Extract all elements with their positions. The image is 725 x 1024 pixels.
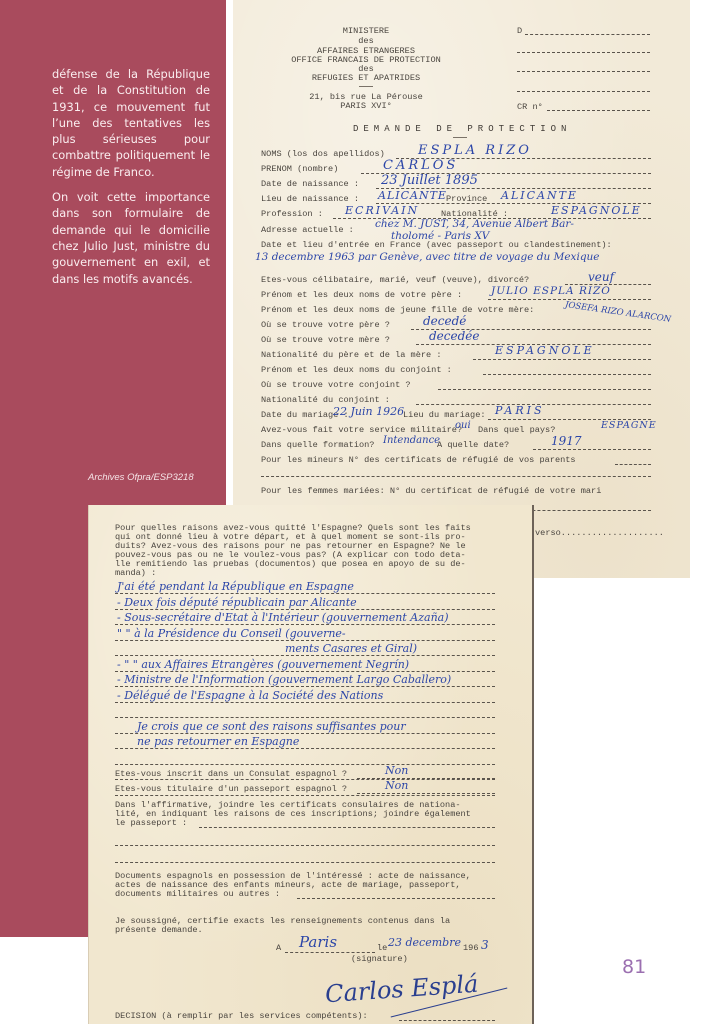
field-label: Pour les mineurs N° des certificats de r…	[261, 455, 576, 465]
answer-line	[115, 609, 495, 610]
field-label: Prénom et les deux noms de jeune fille d…	[261, 305, 534, 315]
field-value: JOSEFA RIZO ALARCON	[564, 300, 671, 325]
image-credit: Archives Ofpra/ESP3218	[88, 472, 218, 483]
ministry-line: des	[261, 36, 471, 46]
field-line	[115, 862, 495, 863]
field-label: Où se trouve votre père ?	[261, 320, 390, 330]
field-line	[115, 845, 495, 846]
page-number: 81	[622, 956, 646, 978]
answer-line	[115, 593, 495, 594]
certification-line: présente demande.	[115, 925, 203, 935]
sidebar-text: défense de la République et de la Consti…	[52, 66, 210, 296]
answer-line	[115, 748, 495, 749]
field-label: NOMS (los dos apellidos)	[261, 149, 385, 159]
field-label: Adresse actuelle :	[261, 225, 354, 235]
field-line	[473, 359, 651, 360]
field-line	[297, 898, 495, 899]
field-line	[357, 793, 495, 794]
field-line	[517, 71, 650, 72]
field-d-label: D	[517, 26, 522, 36]
answer-line	[115, 779, 495, 780]
field-value: PARIS	[495, 404, 545, 417]
field-value: CARLOS	[383, 158, 458, 173]
field-line	[483, 374, 651, 375]
field-value: ALICANTE	[501, 189, 578, 202]
field-value: ALICANTE	[378, 189, 447, 202]
verso-note: verso....................	[535, 528, 664, 538]
field-value: 13 decembre 1963 par Genève, avec titre …	[255, 251, 600, 263]
answer-text: - Sous-secrétaire d'Etat à l'Intérieur (…	[117, 611, 449, 624]
answer-text: " " à la Présidence du Conseil (gouverne…	[117, 627, 346, 640]
answer-text: - " " aux Affaires Etrangères (gouvernem…	[117, 658, 409, 671]
field-label: Avez-vous fait votre service militaire?	[261, 425, 462, 435]
field-label: Date de naissance :	[261, 179, 359, 189]
field-value: Intendance	[383, 435, 440, 446]
field-value: ESPLA RIZO	[418, 143, 532, 158]
field-value: chez M. JUST, 34, Avenue Albert Bar-	[375, 218, 574, 230]
sidebar-paragraph: On voit cette importance dans son formul…	[52, 189, 210, 287]
field-value: oui	[455, 420, 471, 431]
field-label: Lieu de naissance :	[261, 194, 359, 204]
note-line: le passeport :	[115, 818, 187, 828]
field-label: Dans quel pays?	[478, 425, 555, 435]
field-line	[533, 449, 651, 450]
field-line	[438, 389, 651, 390]
answer-text: - Deux fois député républicain par Alica…	[117, 596, 357, 609]
cr-number-label: CR n°	[517, 102, 543, 112]
field-label: Pour les femmes mariées: N° du certifica…	[261, 486, 601, 496]
answer-line	[115, 717, 495, 718]
field-value: decedée	[429, 329, 480, 343]
form-title: DEMANDE DE PROTECTION	[353, 124, 571, 134]
question-line: lle remitiendo las pruebas (documentos) …	[115, 559, 466, 569]
field-label: PRENOM (nombre)	[261, 164, 338, 174]
ministry-line: REFUGIES ET APATRIDES	[261, 73, 471, 83]
field-value: 22 Juin 1926	[333, 405, 404, 418]
date-prefix: le	[377, 943, 387, 953]
field-label: A quelle date?	[437, 440, 509, 450]
field-label: Etes-vous célibataire, marié, veuf (veuv…	[261, 275, 529, 285]
answer-text: ments Casares et Giral)	[285, 642, 417, 655]
answer-line	[115, 640, 495, 641]
field-value: 1917	[551, 434, 582, 448]
field-line	[547, 110, 650, 111]
decision-label: DECISION (à remplir par les services com…	[115, 1011, 368, 1021]
place-prefix: A	[276, 943, 281, 953]
field-value: ESPAGNOLE	[495, 344, 595, 357]
field-label: Nationalité du père et de la mère :	[261, 350, 442, 360]
signature: Carlos Esplá	[324, 970, 479, 1009]
answer-text: Je crois que ce sont des raisons suffisa…	[137, 720, 406, 733]
divider	[453, 137, 467, 138]
field-value: JULIO ESPLA RIZO	[491, 285, 611, 297]
answer-line	[115, 686, 495, 687]
field-line	[357, 778, 495, 779]
field-label: Où se trouve votre mère ?	[261, 335, 390, 345]
answer-line	[115, 624, 495, 625]
date-value: 23 decembre	[388, 936, 461, 949]
field-label: Prénom et les deux noms de votre père :	[261, 290, 462, 300]
answer-line	[115, 702, 495, 703]
field-value: decedé	[423, 314, 466, 328]
answer-line	[115, 733, 495, 734]
date-year-prefix: 196	[463, 943, 478, 953]
place-value: Paris	[299, 933, 337, 951]
answer-text: ne pas retourner en Espagne	[137, 735, 299, 748]
field-label: Lieu du mariage:	[403, 410, 486, 420]
answer-line	[115, 795, 495, 796]
field-value: veuf	[588, 270, 614, 284]
field-label: Prénom et les deux noms du conjoint :	[261, 365, 452, 375]
ministry-line: MINISTERE	[261, 26, 471, 36]
field-label: Etes-vous inscrit dans un Consulat espag…	[115, 769, 347, 779]
field-label: Nationalité du conjoint :	[261, 395, 390, 405]
field-value: ESPAGNOLE	[551, 204, 642, 217]
field-line	[399, 1020, 495, 1021]
field-line	[285, 952, 375, 953]
answer-text: - Ministre de l'Information (gouvernemen…	[117, 673, 451, 686]
date-year-digit: 3	[481, 938, 489, 952]
field-line	[517, 91, 650, 92]
field-value: Non	[385, 779, 408, 792]
question-line: manda) :	[115, 568, 156, 578]
field-line	[261, 476, 651, 477]
field-value: Non	[385, 764, 408, 777]
answer-text: J'ai été pendant la République en Espagn…	[117, 580, 354, 593]
form-page-1: MINISTERE des AFFAIRES ETRANGERES OFFICE…	[233, 0, 690, 578]
field-label: Date et lieu d'entrée en France (avec pa…	[261, 240, 612, 250]
field-label: Etes-vous titulaire d'un passeport espag…	[115, 784, 347, 794]
field-value: ESPAGNE	[601, 420, 657, 431]
answer-line	[115, 671, 495, 672]
form-page-2: Pour quelles raisons avez-vous quitté l'…	[89, 505, 532, 1024]
field-value: ECRIVAIN	[345, 204, 419, 217]
divider	[359, 86, 373, 87]
field-label: Dans quelle formation?	[261, 440, 374, 450]
note-line: documents militaires ou autres :	[115, 889, 280, 899]
field-label: Où se trouve votre conjoint ?	[261, 380, 411, 390]
answer-line	[115, 655, 495, 656]
field-line	[525, 34, 650, 35]
field-value: 23 Juillet 1895	[381, 173, 478, 188]
field-line	[199, 827, 495, 828]
sidebar-paragraph: défense de la République et de la Consti…	[52, 66, 210, 180]
signature-label: (signature)	[351, 954, 408, 964]
field-line	[517, 52, 650, 53]
answer-line	[115, 764, 495, 765]
field-label: Profession :	[261, 209, 323, 219]
answer-text: - Délégué de l'Espagne à la Société des …	[117, 689, 383, 702]
address-line: PARIS XVI°	[261, 101, 471, 111]
field-line	[615, 464, 651, 465]
